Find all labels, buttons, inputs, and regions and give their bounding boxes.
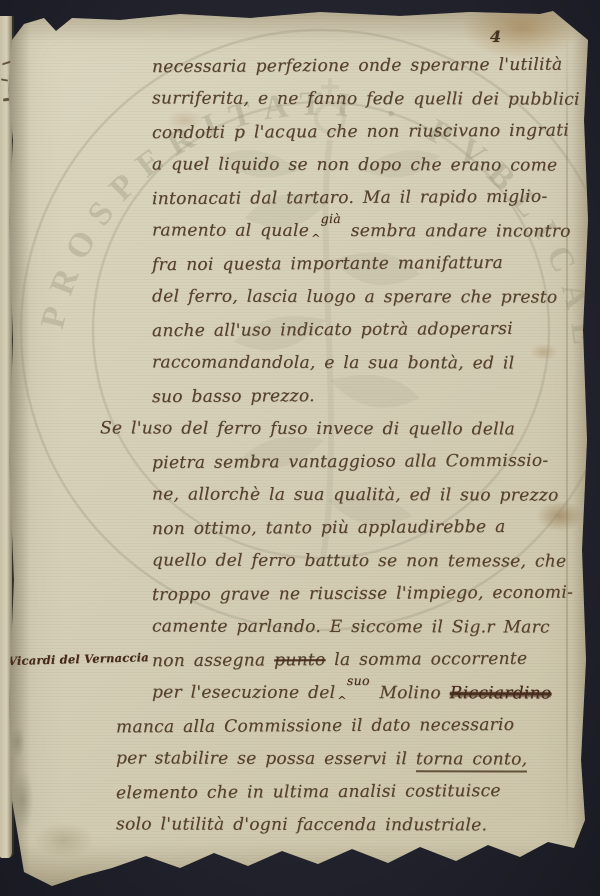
manuscript-line: ramento al quale^già sembra andare incon… bbox=[100, 214, 578, 248]
manuscript-line: quello del ferro battuto se non temesse,… bbox=[100, 544, 578, 578]
text-segment: fra noi questa importante manifattura bbox=[152, 253, 503, 275]
manuscript-line: a quel liquido se non dopo che erano com… bbox=[100, 148, 578, 182]
manuscript-line: troppo grave ne riuscisse l'impiego, eco… bbox=[100, 577, 578, 613]
text-segment: non ottimo, tanto più applaudirebbe a bbox=[152, 517, 506, 539]
manuscript-line: non assegna punto la somma occorrente bbox=[100, 643, 578, 679]
insert-text: già bbox=[321, 202, 341, 235]
text-segment: ramento al quale bbox=[152, 221, 309, 241]
text-segment: raccomandandola, e la sua bontà, ed il bbox=[152, 353, 514, 374]
manuscript-line: suo basso prezzo. bbox=[100, 379, 578, 415]
scribble-text: Ricciardino bbox=[450, 683, 552, 703]
manuscript-line: raccomandandola, e la sua bontà, ed il bbox=[100, 346, 578, 380]
manuscript-line: surriferita, e ne fanno fede quelli dei … bbox=[100, 82, 578, 116]
text-segment: condotti p l'acqua che non riuscivano in… bbox=[152, 121, 569, 144]
text-segment: del ferro, lascia luogo a sperare che pr… bbox=[152, 287, 557, 308]
manuscript-line: per l'esecuzione del^suo Molino Ricciard… bbox=[100, 676, 578, 710]
text-segment: solo l'utilità d'ogni faccenda industria… bbox=[116, 814, 487, 835]
manuscript-line: necessaria perfezione onde sperarne l'ut… bbox=[100, 49, 578, 85]
text-segment: ne, allorchè la sua qualità, ed il suo p… bbox=[152, 485, 559, 506]
text-segment: non assegna bbox=[152, 650, 274, 671]
manuscript-line: solo l'utilità d'ogni faccenda industria… bbox=[100, 808, 578, 842]
text-segment: anche all'uso indicato potrà adoperarsi bbox=[152, 319, 513, 341]
text-segment: pietra sembra vantaggioso alla Commissio… bbox=[152, 451, 549, 473]
manuscript-line: camente parlando. E siccome il Sig.r Mar… bbox=[100, 610, 578, 644]
text-segment: sembra andare incontro bbox=[342, 221, 571, 242]
text-segment: a quel liquido se non dopo che erano com… bbox=[152, 155, 557, 176]
text-segment: manca alla Commissione il dato necessari… bbox=[116, 715, 514, 737]
manuscript-line: pietra sembra vantaggioso alla Commissio… bbox=[100, 445, 578, 481]
text-segment: camente parlando. E siccome il Sig.r Mar… bbox=[152, 617, 550, 638]
manuscript-line: ne, allorchè la sua qualità, ed il suo p… bbox=[100, 478, 578, 512]
manuscript-line: elemento che in ultima analisi costituis… bbox=[100, 775, 578, 811]
manuscript-line: per stabilire se possa esservi il torna … bbox=[100, 742, 578, 776]
text-segment: suo basso prezzo. bbox=[152, 386, 315, 407]
text-segment: elemento che in ultima analisi costituis… bbox=[116, 781, 501, 803]
manuscript-line: manca alla Commissione il dato necessari… bbox=[100, 709, 578, 745]
strike-text: punto bbox=[274, 650, 325, 670]
manuscript-line: del ferro, lascia luogo a sperare che pr… bbox=[100, 280, 578, 314]
text-segment: per stabilire se possa esservi il bbox=[116, 748, 416, 769]
manuscript-line: non ottimo, tanto più applaudirebbe a bbox=[100, 511, 578, 547]
text-segment: quello del ferro battuto se non temesse,… bbox=[152, 551, 566, 572]
text-segment: troppo grave ne riuscisse l'impiego, eco… bbox=[152, 583, 573, 606]
underline-text: torna conto, bbox=[416, 749, 528, 772]
manuscript-page: PROSPERITATI · PVBLICAE 4 Vicardi del Ve… bbox=[0, 0, 600, 896]
ink-fragment bbox=[2, 61, 11, 66]
manuscript-line: fra noi questa importante manifattura bbox=[100, 247, 578, 283]
text-segment: necessaria perfezione onde sperarne l'ut… bbox=[152, 55, 563, 78]
manuscript-line: Se l'uso del ferro fuso invece di quello… bbox=[100, 412, 578, 446]
scan-background: PROSPERITATI · PVBLICAE 4 Vicardi del Ve… bbox=[0, 0, 600, 896]
ink-fragment bbox=[1, 78, 8, 81]
text-segment: per l'esecuzione del bbox=[152, 683, 335, 703]
page-number: 4 bbox=[490, 27, 501, 46]
text-segment: Molino bbox=[371, 683, 450, 703]
manuscript-line: anche all'uso indicato potrà adoperarsi bbox=[100, 313, 578, 349]
manuscript-line: condotti p l'acqua che non riuscivano in… bbox=[100, 115, 578, 151]
text-segment: Se l'uso del ferro fuso invece di quello… bbox=[100, 418, 515, 439]
manuscript-text: necessaria perfezione onde sperarne l'ut… bbox=[100, 50, 578, 842]
insert-text: suo bbox=[347, 664, 370, 697]
text-segment: intonacati dal tartaro. Ma il rapido mig… bbox=[152, 187, 548, 209]
text-segment: surriferita, e ne fanno fede quelli dei … bbox=[152, 89, 580, 110]
